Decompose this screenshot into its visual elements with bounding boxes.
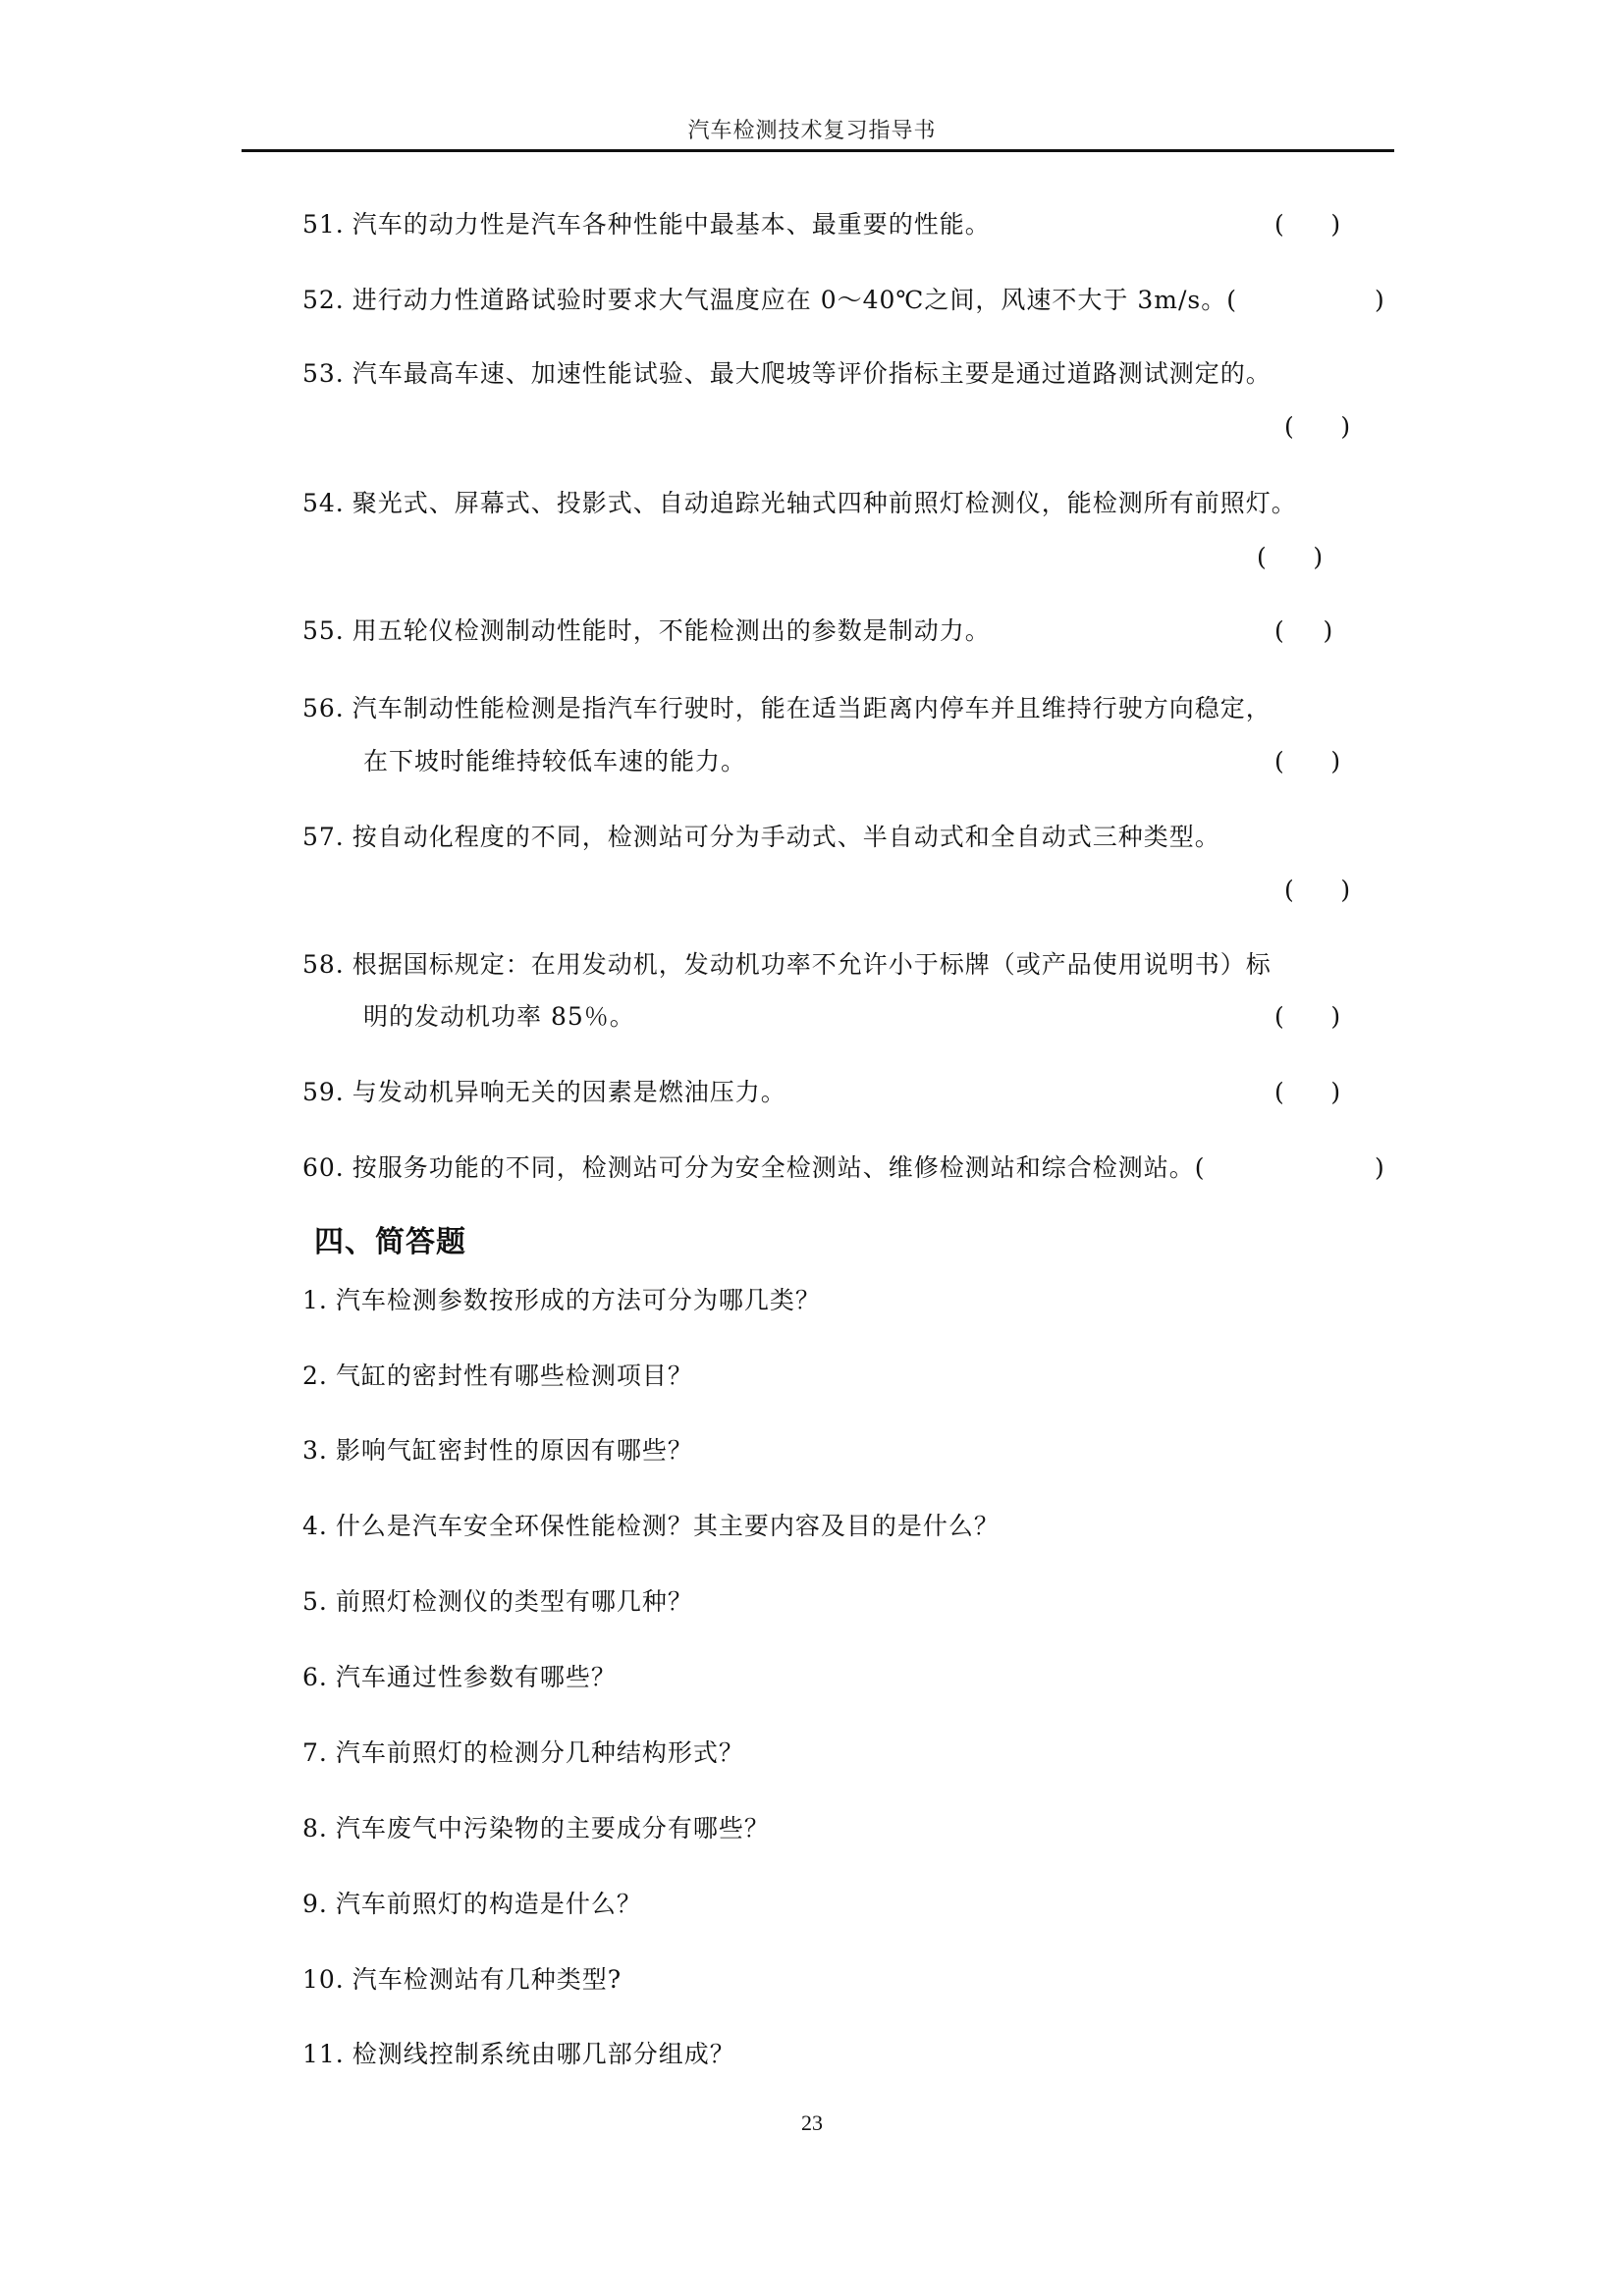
question-text: 汽车最高车速、加速性能试验、最大爬坡等评价指标主要是通过道路测试测定的。: [352, 359, 1272, 388]
answer-blank[interactable]: ( ): [1274, 616, 1332, 646]
question-number: 60.: [302, 1153, 345, 1183]
question-text: 汽车前照灯的检测分几种结构形式？: [336, 1738, 744, 1767]
question-number: 1.: [302, 1286, 328, 1315]
answer-blank[interactable]: ): [1375, 286, 1384, 315]
answer-blank[interactable]: ( ): [1274, 1002, 1340, 1032]
question-text: 汽车检测参数按形成的方法可分为哪几类？: [336, 1286, 821, 1314]
question-text: 聚光式、屏幕式、投影式、自动追踪光轴式四种前照灯检测仪，能检测所有前照灯。: [352, 489, 1297, 517]
short-answer-item: 3.影响气缸密封性的原因有哪些？: [302, 1436, 693, 1466]
short-answer-item: 10.汽车检测站有几种类型?: [302, 1965, 622, 1995]
question-text-continued: 在下坡时能维持较低车速的能力。: [363, 747, 746, 776]
short-answer-item: 2.气缸的密封性有哪些检测项目？: [302, 1362, 693, 1391]
running-header: 汽车检测技术复习指导书: [0, 114, 1624, 144]
question-text: 前照灯检测仪的类型有哪几种？: [336, 1587, 693, 1616]
question-text: 汽车废气中污染物的主要成分有哪些？: [336, 1814, 770, 1842]
page-number: 23: [0, 2110, 1624, 2136]
question-text: 按服务功能的不同，检测站可分为安全检测站、维修检测站和综合检测站。(: [352, 1153, 1206, 1182]
question-number: 58.: [302, 950, 345, 980]
question-number: 9.: [302, 1890, 328, 1919]
question-text: 用五轮仪检测制动性能时，不能检测出的参数是制动力。: [352, 616, 991, 645]
question-number: 53.: [302, 359, 345, 389]
answer-blank[interactable]: ( ): [1274, 1078, 1340, 1107]
question-text: 按自动化程度的不同，检测站可分为手动式、半自动式和全自动式三种类型。: [352, 823, 1220, 851]
question-text: 什么是汽车安全环保性能检测？其主要内容及目的是什么？: [336, 1512, 1000, 1540]
question-number: 55.: [302, 616, 345, 646]
section-heading-short-answer: 四、简答题: [314, 1225, 466, 1260]
answer-blank[interactable]: ( ): [1284, 876, 1350, 905]
short-answer-item: 5.前照灯检测仪的类型有哪几种？: [302, 1587, 693, 1617]
question-number: 52.: [302, 286, 345, 315]
header-divider: [242, 149, 1394, 152]
answer-blank[interactable]: ( ): [1274, 210, 1340, 240]
question-number: 3.: [302, 1436, 328, 1466]
short-answer-item: 11.检测线控制系统由哪几部分组成？: [302, 2040, 735, 2069]
question-text: 进行动力性道路试验时要求大气温度应在 0～40℃之间，风速不大于 3m/s。(: [352, 286, 1237, 314]
answer-blank[interactable]: ( ): [1257, 543, 1323, 572]
question-text: 根据国标规定：在用发动机，发动机功率不允许小于标牌（或产品使用说明书）标: [352, 950, 1272, 979]
question-number: 10.: [302, 1965, 345, 1995]
question-text: 气缸的密封性有哪些检测项目？: [336, 1362, 693, 1390]
short-answer-item: 8.汽车废气中污染物的主要成分有哪些？: [302, 1814, 770, 1843]
question-text: 汽车通过性参数有哪些？: [336, 1663, 617, 1691]
question-number: 59.: [302, 1078, 345, 1107]
answer-blank[interactable]: ): [1375, 1153, 1384, 1183]
question-number: 54.: [302, 489, 345, 518]
question-text: 汽车检测站有几种类型?: [352, 1965, 622, 1994]
question-number: 2.: [302, 1362, 328, 1391]
question-number: 8.: [302, 1814, 328, 1843]
question-text-continued: 明的发动机功率 85％。: [363, 1002, 635, 1032]
question-number: 7.: [302, 1738, 328, 1768]
question-number: 51.: [302, 210, 345, 240]
question-text: 影响气缸密封性的原因有哪些？: [336, 1436, 693, 1465]
short-answer-item: 4.什么是汽车安全环保性能检测？其主要内容及目的是什么？: [302, 1512, 1000, 1541]
question-text: 汽车制动性能检测是指汽车行驶时，能在适当距离内停车并且维持行驶方向稳定，: [352, 694, 1272, 722]
question-number: 11.: [302, 2040, 345, 2069]
question-number: 57.: [302, 823, 345, 852]
question-number: 4.: [302, 1512, 328, 1541]
short-answer-item: 9.汽车前照灯的构造是什么？: [302, 1890, 642, 1919]
short-answer-item: 7.汽车前照灯的检测分几种结构形式？: [302, 1738, 744, 1768]
question-text: 与发动机异响无关的因素是燃油压力。: [352, 1078, 786, 1106]
question-text: 汽车的动力性是汽车各种性能中最基本、最重要的性能。: [352, 210, 991, 239]
answer-blank[interactable]: ( ): [1274, 747, 1340, 776]
question-text: 检测线控制系统由哪几部分组成？: [352, 2040, 735, 2068]
question-number: 56.: [302, 694, 345, 723]
short-answer-item: 1.汽车检测参数按形成的方法可分为哪几类？: [302, 1286, 821, 1315]
question-text: 汽车前照灯的构造是什么？: [336, 1890, 642, 1918]
answer-blank[interactable]: ( ): [1284, 412, 1350, 442]
question-number: 5.: [302, 1587, 328, 1617]
short-answer-item: 6.汽车通过性参数有哪些？: [302, 1663, 617, 1692]
question-number: 6.: [302, 1663, 328, 1692]
